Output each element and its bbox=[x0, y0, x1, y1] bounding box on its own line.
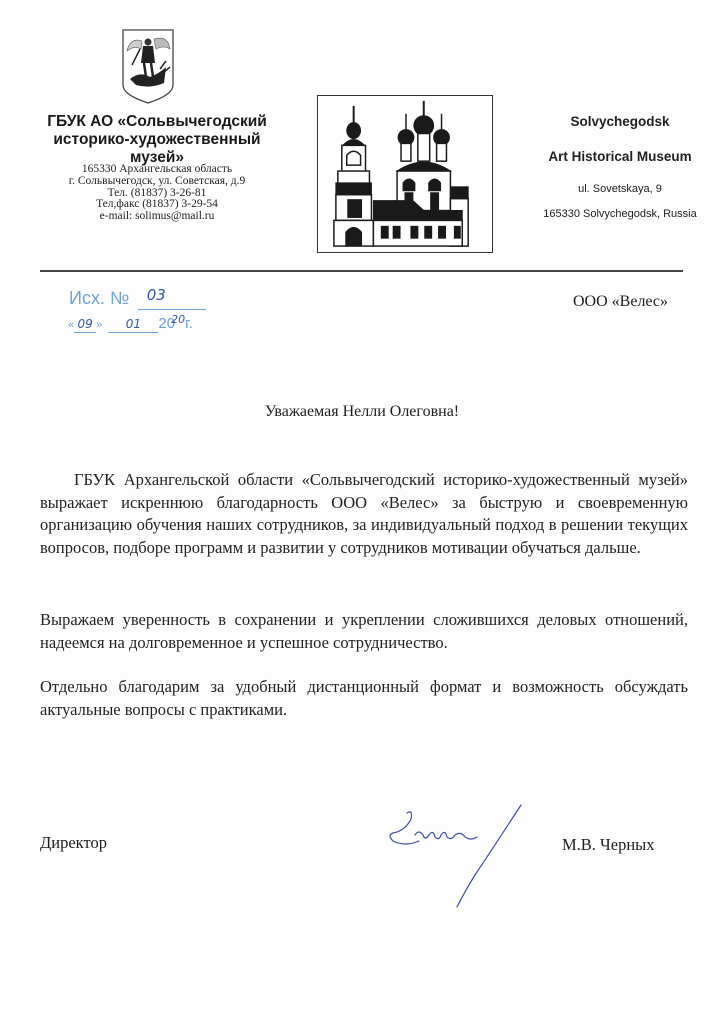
body-paragraph-3: Отдельно благодарим за удобный дистанцио… bbox=[40, 676, 688, 721]
body-paragraph-1: ГБУК Архангельской области «Сольвычегодс… bbox=[40, 469, 688, 559]
museum-name-en: Art Historical Museum bbox=[520, 149, 720, 164]
organization-address: 165330 Архангельская область г. Сольвыче… bbox=[30, 164, 284, 223]
address-line: г. Сольвычегодск, ул. Советская, д.9 bbox=[30, 176, 284, 188]
outgoing-date: «09» 012020г. bbox=[68, 315, 193, 333]
date-day: 09 bbox=[77, 317, 92, 331]
outgoing-number-label: Исх. № bbox=[69, 288, 129, 308]
outgoing-number-value: 03 bbox=[147, 286, 166, 304]
church-logo-icon bbox=[317, 95, 493, 253]
org-name-line: ГБУК АО «Сольвычегодский bbox=[30, 113, 284, 131]
email-line: e-mail: solimus@mail.ru bbox=[30, 211, 284, 223]
recipient: ООО «Велес» bbox=[573, 293, 668, 311]
date-year-handwritten: 20 bbox=[171, 313, 185, 326]
greeting: Уважаемая Нелли Олеговна! bbox=[0, 403, 724, 421]
handwritten-signature-icon bbox=[385, 795, 535, 915]
museum-street-en: ul. Sovetskaya, 9 bbox=[520, 183, 720, 195]
date-month-field: 01 bbox=[108, 315, 158, 333]
museum-city-postcode-en: 165330 Solvychegodsk, Russia bbox=[520, 208, 720, 220]
date-year-suffix: г. bbox=[185, 315, 193, 332]
signatory-name: М.В. Черных bbox=[562, 835, 655, 855]
org-name-line: историко-художественный bbox=[30, 131, 284, 149]
body-paragraph-2: Выражаем уверенность в сохранении и укре… bbox=[40, 609, 688, 654]
date-month: 01 bbox=[126, 317, 141, 331]
header-divider bbox=[40, 270, 683, 272]
museum-city-en: Solvychegodsk bbox=[520, 114, 720, 129]
signatory-position: Директор bbox=[40, 833, 107, 853]
organization-name: ГБУК АО «Сольвычегодский историко-художе… bbox=[30, 113, 284, 167]
outgoing-number: Исх. № 03 bbox=[69, 288, 206, 310]
coat-of-arms-icon bbox=[120, 27, 176, 105]
quote-close: » bbox=[96, 319, 102, 331]
date-day-field: 09 bbox=[74, 315, 96, 333]
outgoing-number-field: 03 bbox=[138, 288, 206, 310]
